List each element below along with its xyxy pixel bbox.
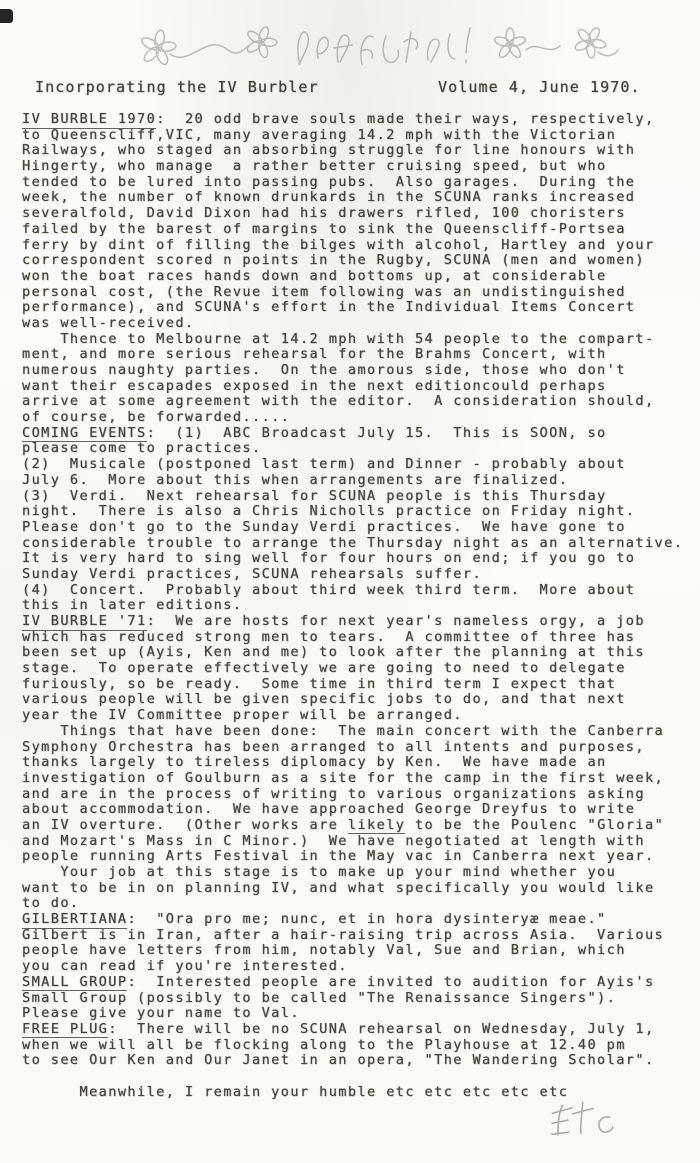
text-segment: to see Our Ken and Our Janet in an opera… [22,1052,655,1068]
text-segment: and are in the process of writing to var… [22,786,645,802]
text-line: of course, be forwarded..... [22,410,690,426]
text-segment: : Interested people are invited to audit… [127,974,654,990]
text-line: Small Group (possibly to be called "The … [22,991,690,1007]
text-line: numerous naughty parties. On the amorous… [22,363,690,379]
text-segment: failed by the barest of margins to sink … [22,221,626,237]
text-segment: to be the Poulenc "Gloria" [405,817,664,833]
text-segment: personal cost, (the Revue item following… [22,284,626,300]
text-segment: Sunday Verdi practices, SCUNA rehearsals… [22,566,482,582]
text-line: people running Arts Festival in the May … [22,849,690,865]
newsletter-page: Incorporating the IV Burbler Volume 4, J… [0,0,700,1163]
black-scan-mark-icon [0,9,13,23]
text-segment: July 6. More about this when arrangement… [22,472,568,488]
text-line: (2) Musicale (postponed last term) and D… [22,457,690,473]
text-segment: Railways, who staged an absorbing strugg… [22,142,635,158]
text-segment: severalfold, David Dixon had his drawers… [22,205,626,221]
text-segment: this in later editions. [22,597,242,613]
text-segment: you can read if you're interested. [22,958,348,974]
newsletter-volume-date: Volume 4, June 1970. [438,79,641,96]
text-line: Symphony Orchestra has been arranged to … [22,740,690,756]
newsletter-body: IV BURBLE 1970: 20 odd brave souls made … [22,112,690,1100]
text-line: and are in the process of writing to var… [22,787,690,803]
text-segment: year the IV Committee proper will be arr… [22,707,463,723]
text-segment: week, the number of known drunkards in t… [22,189,635,205]
text-line: IV BURBLE 1970: 20 odd brave souls made … [22,112,690,128]
text-line: Things that have been done: The main con… [22,724,690,740]
text-line: various people will be given specific jo… [22,692,690,708]
text-segment: people have letters from him, notably Va… [22,942,626,958]
text-line: arrive at some agreement with the editor… [22,394,690,410]
text-line: Please give your name to Val. [22,1006,690,1022]
text-line: It is very hard to sing well for four ho… [22,551,690,567]
text-segment: Symphony Orchestra has been arranged to … [22,739,645,755]
text-line: you can read if you're interested. [22,959,690,975]
text-segment: various people will be given specific jo… [22,691,626,707]
text-line: (3) Verdi. Next rehearsal for SCUNA peop… [22,489,690,505]
text-segment: numerous naughty parties. On the amorous… [22,362,626,378]
text-line: considerable trouble to arrange the Thur… [22,536,690,552]
text-line: (4) Concert. Probably about third week t… [22,583,690,599]
text-line: been set up (Ayis, Ken and me) to look a… [22,645,690,661]
text-line: Thence to Melbourne at 14.2 mph with 54 … [22,332,690,348]
text-line: IV BURBLE '71: We are hosts for next yea… [22,614,690,630]
text-segment: people running Arts Festival in the May … [22,848,655,864]
text-line: Sunday Verdi practices, SCUNA rehearsals… [22,567,690,583]
text-segment: thanks largely to tireless diplomacy by … [22,754,607,770]
text-line: failed by the barest of margins to sink … [22,222,690,238]
text-line: people have letters from him, notably Va… [22,943,690,959]
text-segment: (4) Concert. Probably about third week t… [22,582,635,598]
text-line: won the boat races hands down and bottom… [22,269,690,285]
text-segment: want their escapades exposed in the next… [22,378,607,394]
text-segment: to Queenscliff,VIC, many averaging 14.2 … [22,127,616,143]
text-segment: about accommodation. We have approached … [22,801,635,817]
text-line: want to be in on planning IV, and what s… [22,881,690,897]
text-segment: please come to practices. [22,440,262,456]
text-line: thanks largely to tireless diplomacy by … [22,755,690,771]
text-segment: arrive at some agreement with the editor… [22,393,655,409]
text-segment: furiously, so be ready. Some time in thi… [22,676,616,692]
text-segment: Small Group (possibly to be called "The … [22,990,616,1006]
text-line: year the IV Committee proper will be arr… [22,708,690,724]
text-line: investigation of Goulburn as a site for … [22,771,690,787]
text-segment: to do. [22,895,80,911]
text-line: stage. To operate effectively we are goi… [22,661,690,677]
text-segment: : There will be no SCUNA rehearsal on We… [108,1021,654,1037]
text-line: GILBERTIANA: "Ora pro me; nunc, et in ho… [22,912,690,928]
text-segment: (2) Musicale (postponed last term) and D… [22,456,626,472]
text-segment: Meanwhile, I remain your humble etc etc … [22,1084,568,1100]
text-line: correspondent scored n points in the Rug… [22,253,690,269]
text-line: an IV overture. (Other works are likely … [22,818,690,834]
text-segment: won the boat races hands down and bottom… [22,268,607,284]
text-segment: night. There is also a Chris Nicholls pr… [22,503,635,519]
handwritten-etc-note [546,1096,624,1146]
text-segment: : 20 odd brave souls made their ways, re… [156,111,654,127]
text-line: Please don't go to the Sunday Verdi prac… [22,520,690,536]
text-segment: ment, and more serious rehearsal for the… [22,346,607,362]
text-segment: want to be in on planning IV, and what s… [22,880,655,896]
text-line: night. There is also a Chris Nicholls pr… [22,504,690,520]
newsletter-subtitle: Incorporating the IV Burbler [35,79,319,96]
text-line: about accommodation. We have approached … [22,802,690,818]
text-segment: when we will all be flocking along to th… [22,1037,626,1053]
text-segment: been set up (Ayis, Ken and me) to look a… [22,644,645,660]
text-segment: considerable trouble to arrange the Thur… [22,535,683,551]
text-segment: Hingerty, who manage a rather better cru… [22,158,607,174]
text-line: Your job at this stage is to make up you… [22,865,690,881]
text-segment: Things that have been done: The main con… [22,723,664,739]
text-segment: an IV overture. (Other works are [22,817,348,833]
text-segment: tended to be lured into passing pubs. Al… [22,174,635,190]
text-segment: Thence to Melbourne at 14.2 mph with 54 … [22,331,655,347]
text-line: Hingerty, who manage a rather better cru… [22,159,690,175]
text-line: Railways, who staged an absorbing strugg… [22,143,690,159]
text-line: FREE PLUG: There will be no SCUNA rehear… [22,1022,690,1038]
text-line [22,1069,690,1085]
text-segment: stage. To operate effectively we are goi… [22,660,626,676]
text-segment: : We are hosts for next year's nameless … [147,613,645,629]
text-segment: ferry by dint of filling the bilges with… [22,237,655,253]
text-line: was well-received. [22,316,690,332]
text-segment: correspondent scored n points in the Rug… [22,252,645,268]
text-line: personal cost, (the Revue item following… [22,285,690,301]
text-line: SMALL GROUP: Interested people are invit… [22,975,690,991]
masthead-doodle-icon [128,12,633,76]
text-line: week, the number of known drunkards in t… [22,190,690,206]
text-segment: and Mozart's Mass in C Minor.) We have n… [22,833,645,849]
text-segment: Gilbert is in Iran, after a hair-raising… [22,927,664,943]
text-segment: which has reduced strong men to tears. A… [22,629,635,645]
text-line: performance), and SCUNA's effort in the … [22,300,690,316]
text-line: ment, and more serious rehearsal for the… [22,347,690,363]
text-line: to see Our Ken and Our Janet in an opera… [22,1053,690,1069]
text-line: this in later editions. [22,598,690,614]
text-line: severalfold, David Dixon had his drawers… [22,206,690,222]
text-line: and Mozart's Mass in C Minor.) We have n… [22,834,690,850]
text-segment: was well-received. [22,315,195,331]
text-line: July 6. More about this when arrangement… [22,473,690,489]
text-segment: Your job at this stage is to make up you… [22,864,616,880]
text-line: when we will all be flocking along to th… [22,1038,690,1054]
text-segment: Please give your name to Val. [22,1005,300,1021]
text-segment: It is very hard to sing well for four ho… [22,550,635,566]
text-line: ferry by dint of filling the bilges with… [22,238,690,254]
text-segment: Please don't go to the Sunday Verdi prac… [22,519,626,535]
text-segment: : (1) ABC Broadcast July 15. This is SOO… [147,425,607,441]
text-line: to do. [22,896,690,912]
text-segment: : "Ora pro me; nunc, et in hora dysinter… [127,911,606,927]
text-segment: (3) Verdi. Next rehearsal for SCUNA peop… [22,488,607,504]
text-segment: performance), and SCUNA's effort in the … [22,299,635,315]
text-segment: investigation of Goulburn as a site for … [22,770,664,786]
text-segment: of course, be forwarded..... [22,409,290,425]
text-line: please come to practices. [22,441,690,457]
